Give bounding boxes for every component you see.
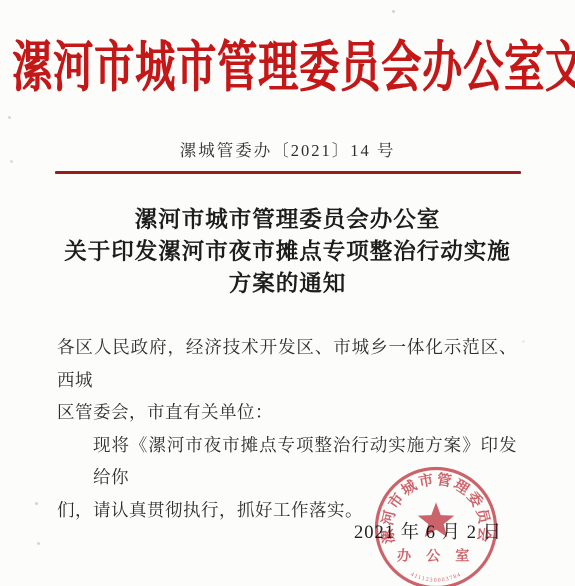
seal-group: 漯河市城市管理委员会 办 公 室 4111230003784 — [376, 468, 495, 586]
star-icon — [418, 502, 454, 537]
red-header-title: 漯河市城市管理委员会办公室文件 — [12, 24, 563, 103]
notice-title: 漯河市城市管理委员会办公室 关于印发漯河市夜市摊点专项整治行动实施 方案的通知 — [20, 204, 555, 300]
document-page: 漯河市城市管理委员会办公室文件 漯城管委办〔2021〕14 号 漯河市城市管理委… — [0, 0, 575, 586]
seal-office-text: 办 公 室 — [397, 548, 475, 565]
doc-number: 漯城管委办〔2021〕14 号 — [0, 137, 575, 161]
notice-title-line-3: 方案的通知 — [20, 268, 555, 300]
red-rule-divider — [55, 171, 521, 174]
notice-title-line-2: 关于印发漯河市夜市摊点专项整治行动实施 — [20, 236, 555, 268]
body-line-1: 各区人民政府，经济技术开发区、市城乡一体化示范区、西城 — [57, 331, 517, 396]
seal-code: 4111230003784 — [409, 572, 462, 584]
notice-title-line-1: 漯河市城市管理委员会办公室 — [20, 204, 555, 236]
scan-noise — [392, 10, 395, 13]
body-line-2: 区管委会，市直有关单位： — [57, 396, 517, 429]
official-seal: 漯河市城市管理委员会 办 公 室 4111230003784 — [372, 464, 500, 586]
